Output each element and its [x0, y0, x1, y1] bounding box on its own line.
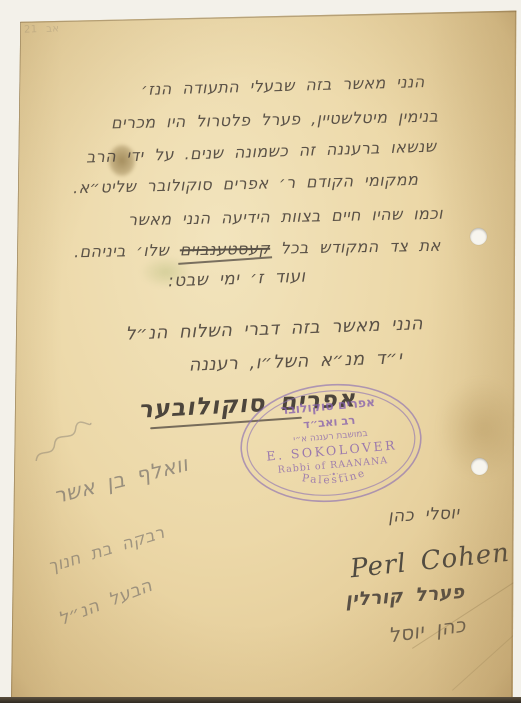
stamp-title-hebrew: רב ואב״ד [303, 413, 356, 431]
scan-bottom-edge [0, 697, 521, 703]
handwritten-line-with-deletion: את צד המקודש בכל קעסטענבוים שלו׳ ביניהם. [74, 236, 441, 261]
handwritten-line: ועוד ז׳ ימי שבט: [168, 267, 306, 292]
line-segment: שלו׳ ביניהם. [74, 241, 170, 262]
rabbi-rubber-stamp: אפרים סוקולובר רב ואב״ד במושבת רעננה א״י… [225, 365, 436, 522]
pencil-signature: הבעל הנ״ל [56, 575, 156, 630]
certification-line: הנני מאשר בזה דברי השלוח הנ״ל [148, 313, 424, 344]
paper-edge-top [19, 10, 517, 23]
handwritten-line: שנשאו ברעננה זה כשמונה שנים. על ידי הרב [86, 136, 437, 166]
handwritten-line: ממקומי הקודם ר׳ אפרים סוקולובר שליט״א. [73, 170, 419, 197]
pencil-signature: וואלף בן אשר [51, 452, 190, 509]
handwritten-line: הנני מאשר בזה שבעלי התעודה הנז׳ [141, 72, 425, 99]
corner-pencil-mark: 21 אב [24, 23, 60, 35]
paper-sheet: 21 אב הנני מאשר בזה שבעלי התעודה הנז׳ בנ… [0, 0, 521, 703]
handwritten-line: בנימין מיטלשטיין, פערל פלטרול היו מכרים [111, 107, 439, 133]
paper-edge-right [511, 11, 516, 703]
punch-hole [471, 458, 488, 475]
witness-signature-latin: Perl Cohen [349, 538, 511, 585]
pencil-signature: רבקה בת חנוך [46, 523, 167, 577]
struck-out-word: קעסטענבוים [180, 239, 271, 260]
line-segment: את צד המקודש בכל [281, 236, 441, 258]
handwritten-line: וכמו שהיו חיים בצוות הידיעה הנני מאשר [128, 204, 443, 230]
witness-signature: פערל קורלין [344, 581, 465, 611]
paper-edge-left [10, 22, 21, 703]
document-scan: 21 אב הנני מאשר בזה שבעלי התעודה הנז׳ בנ… [0, 0, 521, 703]
witness-signature: יוסלי כהן [388, 503, 461, 527]
punch-hole [470, 228, 487, 245]
pencil-scribble [26, 413, 100, 469]
witness-signature: כהן יוסל [387, 613, 468, 648]
